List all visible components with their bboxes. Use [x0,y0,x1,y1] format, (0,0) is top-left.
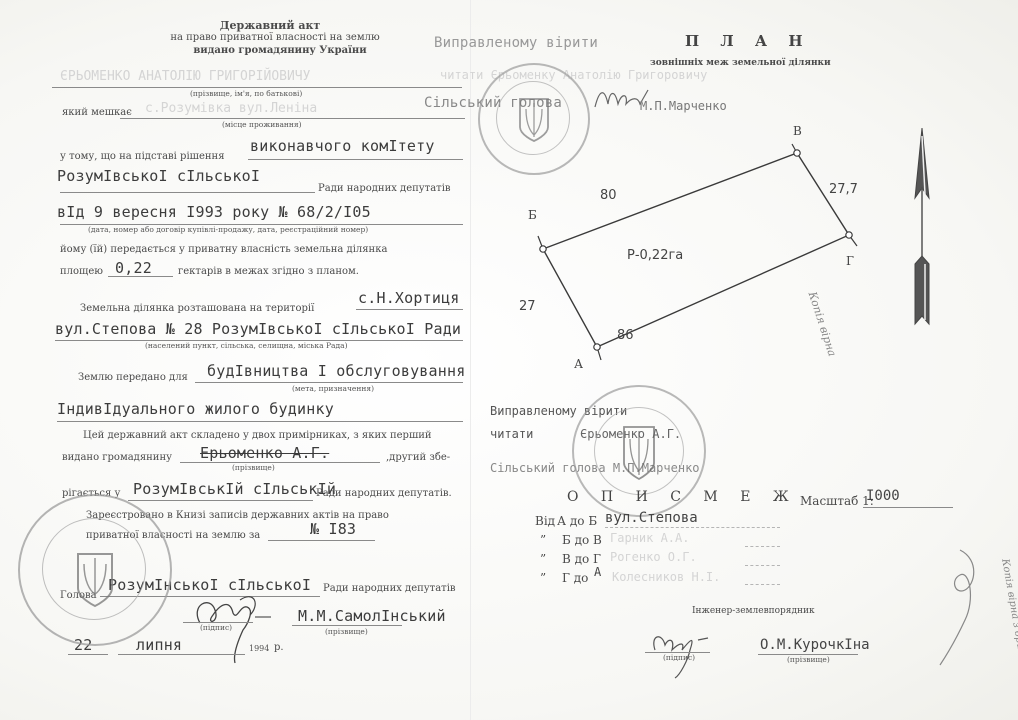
decision-date-caption: (дата, номер або договір купівлі-продажу… [88,225,368,234]
copies-text: Цей державний акт складено у двох примір… [83,430,432,441]
council-stamp [18,494,172,646]
north-arrow-icon [912,124,932,330]
purpose-value: будIвництва I обслуговування [207,362,465,380]
issued-caption: (прізвище) [232,463,275,472]
boundary-from-to: Б до В [562,533,602,547]
location-caption: (населений пункт, сільська, селищна, міс… [145,341,348,350]
boundary-faint: Рогенко О.Г. [610,550,697,564]
point-label-v: В [793,124,802,138]
scale-label: Масштаб 1: [800,494,874,508]
owner-caption: (прізвище, ім'я, по батькові) [190,89,302,98]
plot-area-label: Р-0,22га [627,248,683,263]
boundary-prefix: ” [540,533,546,547]
village-head-name: М.П.Марченко [640,99,727,113]
scale-value: I000 [866,488,900,504]
plan-subtitle: зовнішніх меж земельної ділянки [650,58,831,68]
land-act-document: Державний акт на право приватної власнос… [0,0,1018,720]
side-vg: 27,7 [829,182,858,197]
council-value: РозумІвськоI сIльськоI [57,167,260,185]
residence-label: який мешкає [62,107,132,118]
engineer-name-caption: (прізвище) [787,655,830,664]
boundary-value: вул.Степова [605,510,698,526]
boundary-prefix: Від [535,514,555,528]
header-line3: видано громадянину України [150,45,410,56]
boundary-faint: Колесников Н.І. [612,570,720,584]
margin-signature [930,540,990,670]
engineer-name: О.М.КурочкIна [760,637,870,653]
margin-note-2: Копія вірна з оригіналом [999,558,1018,691]
engineer-sig-caption: (підпис) [663,653,695,662]
issued-suffix: ,другий збе- [386,452,450,463]
point-label-a: А [574,357,583,371]
engineer-signature [640,620,720,680]
correction-top: Виправленому вірити [434,35,598,51]
boundary-value: А [594,565,601,579]
location-value: с.Н.Хортиця [358,289,460,307]
header-line1: Державний акт [170,19,370,32]
engineer-label: Інженер-землевпорядник [692,606,815,616]
boundary-from-to: Г до [562,571,588,585]
head-name: М.М.СамолIнський [298,607,446,625]
boundaries-title: О П И С М Е Ж [567,489,798,505]
stored-suffix: Ради народних депутатів. [316,488,452,499]
header-line2: на право приватної власності на землю [130,32,420,43]
boundary-faint: Гарник А.А. [610,531,689,545]
residence-caption: (місце проживання) [222,120,302,129]
issued-value: Ерьоменко А.Г. [200,444,329,462]
correction2-prefix: читати [490,427,533,441]
decision-value: виконавчого комІтету [250,137,435,155]
registered-number: № I83 [310,520,356,538]
date-year: 1994 [249,644,269,653]
issued-prefix: видано громадянину [62,452,172,463]
signature-caption: (підпис) [200,623,232,632]
decision-prefix: у тому, що на підставі рішення [60,151,225,162]
head-name-caption: (прізвище) [325,627,368,636]
side-ab: 27 [519,299,536,314]
decision-date-value: вІд 9 вересня I993 року № 68/2/I05 [57,203,371,221]
boundary-prefix: ” [540,552,546,566]
side-ga: 86 [617,328,634,343]
purpose-prefix: Землю передано для [78,372,188,383]
council-suffix: Ради народних депутатів [318,183,451,194]
purpose-caption: (мета, призначення) [292,384,374,393]
area-prefix: площею [60,266,103,277]
date-suffix: р. [274,642,284,653]
boundary-from-to: В до Г [562,552,601,566]
location-line2: вул.Степова № 28 РозумIвськоI сIльськоI … [55,320,461,338]
boundary-prefix: ” [540,571,546,585]
residence-value: с.Розумівка вул.Леніна [145,101,317,116]
transfer-text: йому (їй) передається у приватну власніс… [60,244,387,255]
area-value: 0,22 [115,259,152,277]
location-prefix: Земельна ділянка розташована на територі… [80,303,314,314]
point-label-g: Г [846,254,854,268]
purpose-line2: ІндивIдуального жилого будинку [57,400,334,418]
area-suffix: гектарів в межах згідно з планом. [178,266,359,277]
head-council-suffix: Ради народних депутатів [323,583,456,594]
owner-name: ЄРЬОМЕНКО АНАТОЛІЮ ГРИГОРІЙОВИЧУ [60,69,310,84]
point-label-b: Б [528,208,537,222]
plan-title: П Л А Н [685,32,811,50]
boundary-from-to: А до Б [557,514,597,528]
side-bv: 80 [600,188,617,203]
